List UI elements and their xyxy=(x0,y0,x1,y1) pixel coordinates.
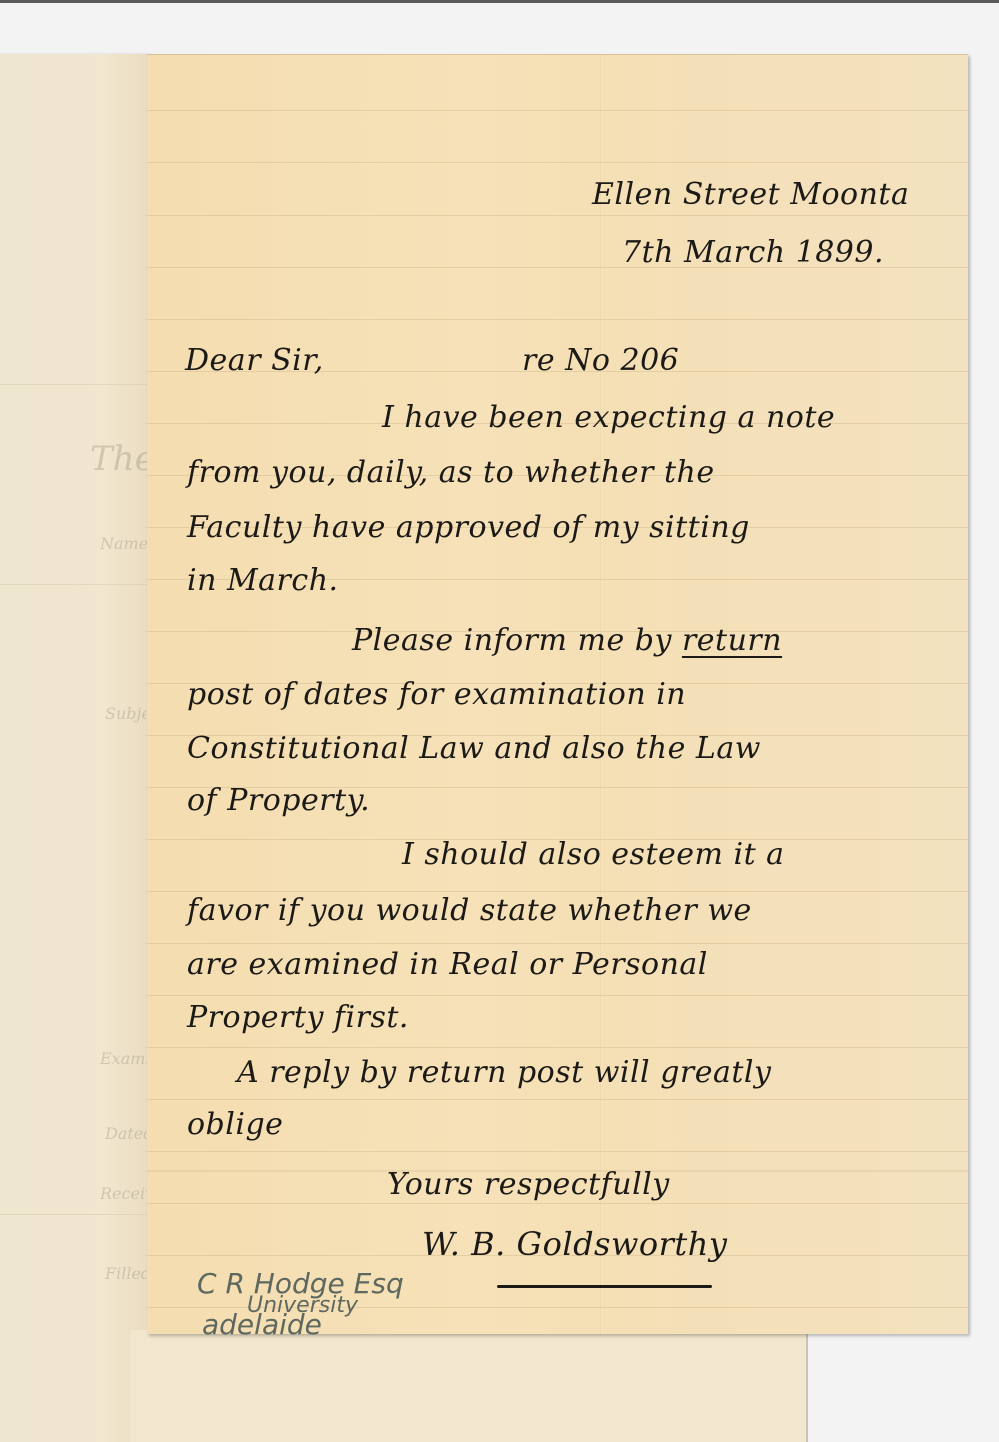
body-line: Please inform me by return xyxy=(352,623,782,658)
ruled-line xyxy=(0,584,150,585)
salutation: Dear Sir, xyxy=(185,343,324,378)
ghost-form-title: The xyxy=(90,439,155,479)
body-line: favor if you would state whether we xyxy=(187,893,752,928)
emphasis-return: return xyxy=(682,623,782,658)
body-line: I should also esteem it a xyxy=(402,837,785,872)
body-line: oblige xyxy=(187,1107,283,1142)
body-line: of Property. xyxy=(187,783,370,818)
underlying-form-page: The Name Subject Examination Dated Recei… xyxy=(0,54,150,1442)
pencil-city: adelaide xyxy=(202,1308,322,1341)
body-line: I have been expecting a note xyxy=(382,400,835,435)
body-line: in March. xyxy=(187,563,339,598)
ghost-form-label: Name xyxy=(100,534,148,553)
body-line: Constitutional Law and also the Law xyxy=(187,731,761,766)
closing: Yours respectfully xyxy=(387,1167,670,1202)
body-line: are examined in Real or Personal xyxy=(187,947,708,982)
body-line: Property first. xyxy=(187,1000,409,1035)
sender-address: Ellen Street Moonta xyxy=(592,177,909,212)
signature-underline xyxy=(497,1285,712,1288)
body-line: Faculty have approved of my sitting xyxy=(187,510,750,545)
scan-edge xyxy=(0,0,999,3)
handwritten-letter: Ellen Street Moonta 7th March 1899. Dear… xyxy=(147,54,968,1334)
underlying-page-bottom xyxy=(130,1330,808,1442)
reference-number: re No 206 xyxy=(522,343,679,378)
signature: W. B. Goldsworthy xyxy=(422,1225,727,1263)
body-line: from you, daily, as to whether the xyxy=(187,455,715,490)
ruled-line xyxy=(0,1214,150,1215)
ruled-line xyxy=(0,384,150,385)
ghost-form-label: Filled xyxy=(105,1264,151,1283)
letter-date: 7th March 1899. xyxy=(622,235,884,270)
body-line: A reply by return post will greatly xyxy=(237,1055,771,1090)
body-line-text: Please inform me by xyxy=(352,623,682,658)
body-line: post of dates for examination in xyxy=(187,677,686,712)
